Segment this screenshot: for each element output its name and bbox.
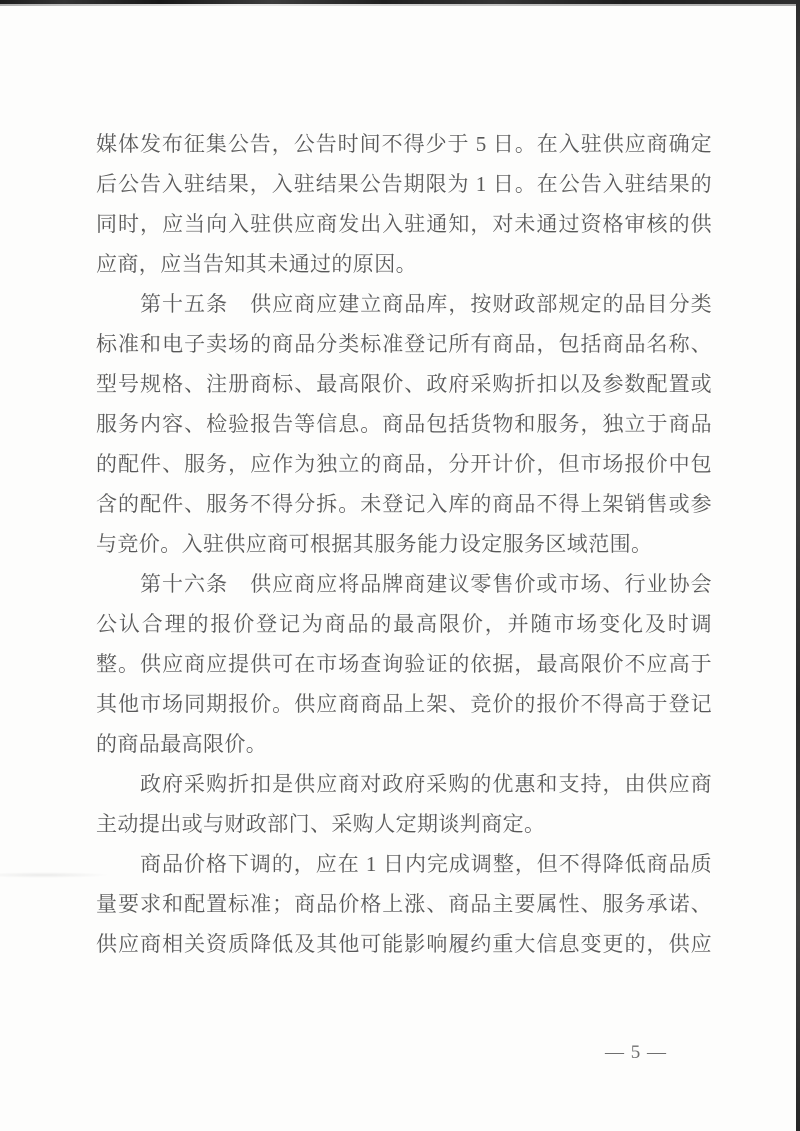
document-line: 整。供应商应提供可在市场查询验证的依据，最高限价不应高于 <box>96 644 712 684</box>
scan-edge-top <box>0 0 800 4</box>
document-line: 公认合理的报价登记为商品的最高限价，并随市场变化及时调 <box>96 604 712 644</box>
page-number: — 5 — <box>598 1040 674 1066</box>
document-line-article-16: 第十六条 供应商应将品牌商建议零售价或市场、行业协会 <box>96 564 712 604</box>
document-line: 主动提出或与财政部门、采购人定期谈判商定。 <box>96 804 712 844</box>
document-line: 商品价格下调的，应在 1 日内完成调整，但不得降低商品质 <box>96 844 712 884</box>
document-line: 媒体发布征集公告，公告时间不得少于 5 日。在入驻供应商确定 <box>96 124 712 164</box>
scanned-document-page: 媒体发布征集公告，公告时间不得少于 5 日。在入驻供应商确定 后公告入驻结果，入… <box>0 0 800 1131</box>
scan-smudge <box>0 872 110 878</box>
document-body: 媒体发布征集公告，公告时间不得少于 5 日。在入驻供应商确定 后公告入驻结果，入… <box>96 124 712 964</box>
document-line: 的配件、服务，应作为独立的商品，分开计价，但市场报价中包 <box>96 444 712 484</box>
document-line: 政府采购折扣是供应商对政府采购的优惠和支持，由供应商 <box>96 764 712 804</box>
document-line: 后公告入驻结果，入驻结果公告期限为 1 日。在公告入驻结果的 <box>96 164 712 204</box>
document-line-article-15: 第十五条 供应商应建立商品库，按财政部规定的品目分类 <box>96 284 712 324</box>
document-line: 量要求和配置标准；商品价格上涨、商品主要属性、服务承诺、 <box>96 884 712 924</box>
document-line: 型号规格、注册商标、最高限价、政府采购折扣以及参数配置或 <box>96 364 712 404</box>
document-line: 服务内容、检验报告等信息。商品包括货物和服务，独立于商品 <box>96 404 712 444</box>
document-line: 供应商相关资质降低及其他可能影响履约重大信息变更的，供应 <box>96 924 712 964</box>
document-line: 含的配件、服务不得分拆。未登记入库的商品不得上架销售或参 <box>96 484 712 524</box>
document-line: 应商，应当告知其未通过的原因。 <box>96 244 712 284</box>
document-line: 同时，应当向入驻供应商发出入驻通知，对未通过资格审核的供 <box>96 204 712 244</box>
document-line: 与竞价。入驻供应商可根据其服务能力设定服务区域范围。 <box>96 524 712 564</box>
document-line: 其他市场同期报价。供应商商品上架、竞价的报价不得高于登记 <box>96 684 712 724</box>
scan-edge-right <box>796 0 800 1131</box>
document-line: 的商品最高限价。 <box>96 724 712 764</box>
document-line: 标准和电子卖场的商品分类标准登记所有商品，包括商品名称、 <box>96 324 712 364</box>
